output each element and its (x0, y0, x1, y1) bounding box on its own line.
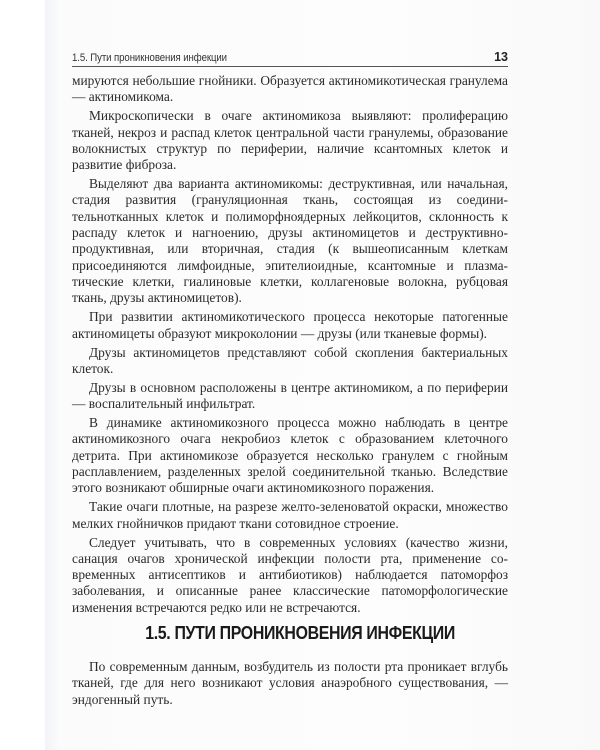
running-head-title: 1.5. Пути проникновения инфекции (72, 52, 227, 64)
section-heading: 1.5. ПУТИ ПРОНИКНОВЕНИЯ ИНФЕКЦИИ (0, 622, 600, 644)
paragraph: В динамике актиномикозного процесса можн… (72, 415, 508, 496)
paragraph: Друзы в основном расположены в центре ак… (72, 380, 508, 413)
paragraph: Выделяют два варианта актиномикомы: дест… (72, 176, 508, 306)
paragraph: Друзы актиномицетов представляют собой с… (72, 345, 508, 378)
paragraph: Такие очаги плотные, на разрезе желто-зе… (72, 499, 508, 532)
section-heading-text: 1.5. ПУТИ ПРОНИКНОВЕНИЯ ИНФЕКЦИИ (145, 622, 455, 644)
paragraph: По современным данным, возбудитель из по… (72, 659, 508, 708)
page-number: 13 (494, 50, 508, 64)
paragraph: При развитии актиномикотического процесс… (72, 309, 508, 342)
section-body-text: По современным данным, возбудитель из по… (72, 659, 508, 708)
body-text: мируются небольшие гнойники. Образуется … (72, 73, 508, 619)
paragraph: Следует учитывать, что в современных усл… (72, 535, 508, 616)
paragraph: мируются небольшие гнойники. Образуется … (72, 73, 508, 106)
running-head: 1.5. Пути проникновения инфекции 13 (72, 48, 508, 67)
paragraph: Микроскопически в очаге актиномикоза выя… (72, 108, 508, 173)
